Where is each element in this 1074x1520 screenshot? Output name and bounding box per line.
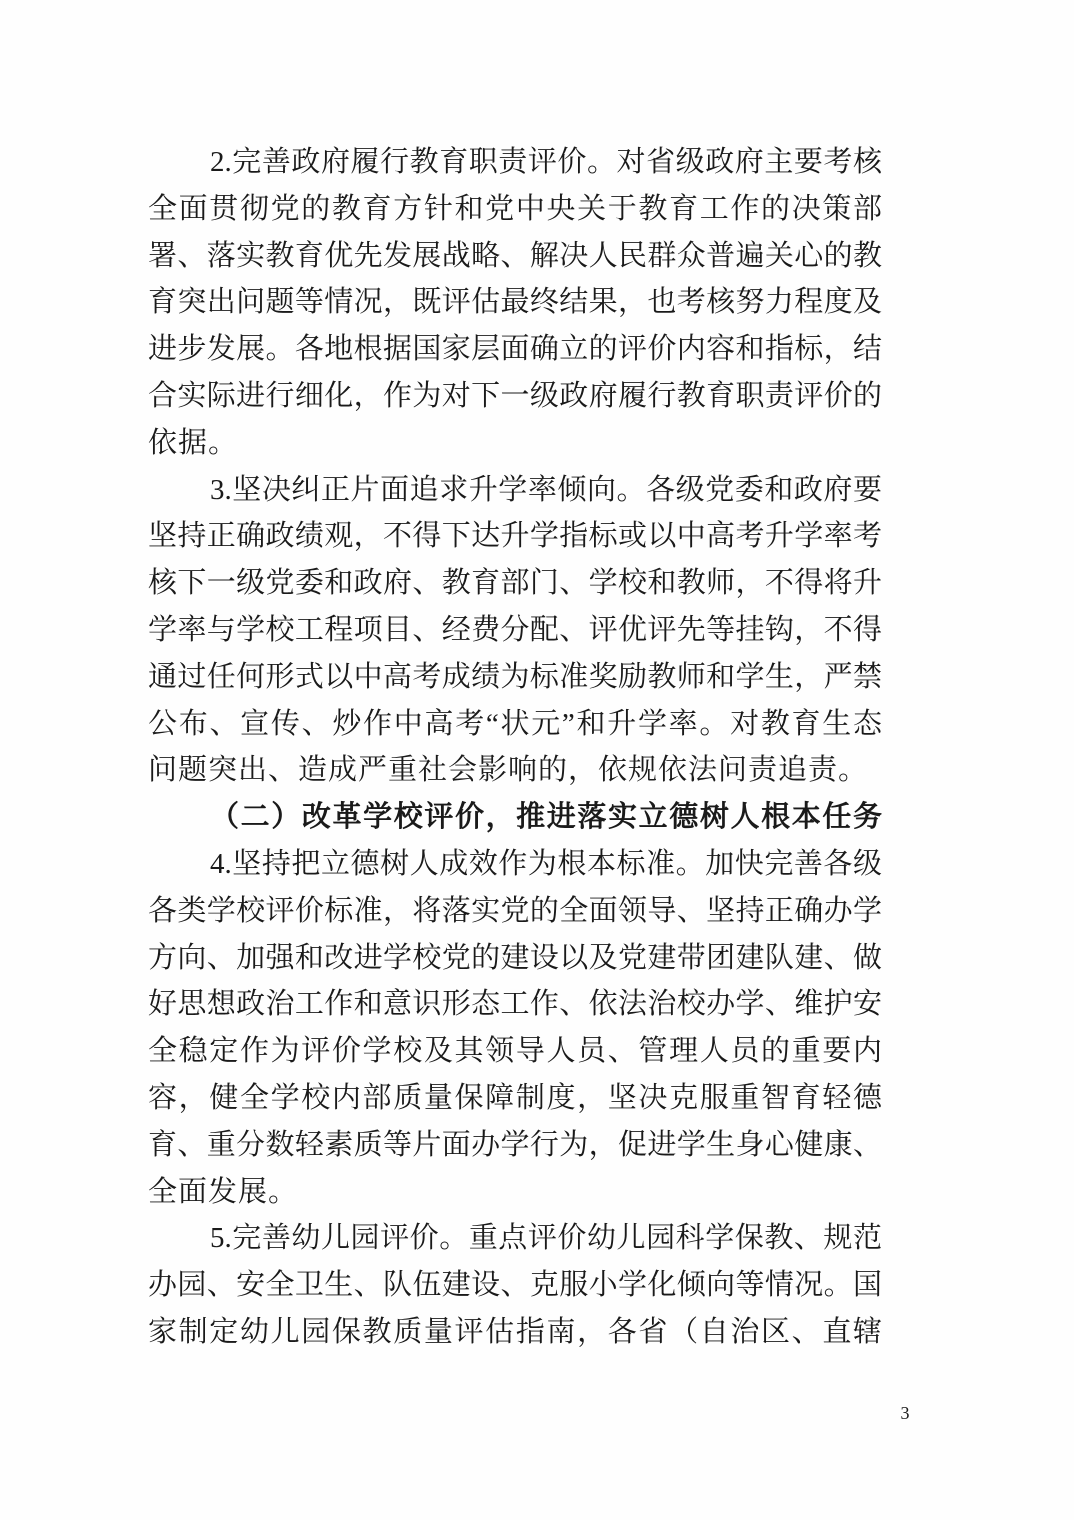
text-line: 育突出问题等情况，既评估最终结果，也考核努力程度及 [148,279,882,326]
paragraph-item-2: 2.完善政府履行教育职责评价。对省级政府主要考核全面贯彻党的教育方针和党中央关于… [148,139,882,467]
text-line: 核下一级党委和政府、教育部门、学校和教师，不得将升 [148,560,882,607]
text-line: 问题突出、造成严重社会影响的，依规依法问责追责。 [148,747,882,794]
paragraph-item-5: 5.完善幼儿园评价。重点评价幼儿园科学保教、规范办园、安全卫生、队伍建设、克服小… [148,1215,882,1355]
section-heading-2: （二）改革学校评价，推进落实立德树人根本任务 [148,794,882,841]
text-line: 通过任何形式以中高考成绩为标准奖励教师和学生，严禁 [148,654,882,701]
page-number: 3 [880,1400,930,1426]
text-line: 依据。 [148,420,882,467]
text-line: 5.完善幼儿园评价。重点评价幼儿园科学保教、规范 [148,1215,882,1262]
paragraph-item-3: 3.坚决纠正片面追求升学率倾向。各级党委和政府要坚持正确政绩观，不得下达升学指标… [148,467,882,795]
document-page: 2.完善政府履行教育职责评价。对省级政府主要考核全面贯彻党的教育方针和党中央关于… [0,0,1074,1520]
text-line: 全面贯彻党的教育方针和党中央关于教育工作的决策部 [148,186,882,233]
text-line: 好思想政治工作和意识形态工作、依法治校办学、维护安 [148,981,882,1028]
text-line: 进步发展。各地根据国家层面确立的评价内容和指标，结 [148,326,882,373]
text-line: 办园、安全卫生、队伍建设、克服小学化倾向等情况。国 [148,1262,882,1309]
text-line: 署、落实教育优先发展战略、解决人民群众普遍关心的教 [148,233,882,280]
text-line: 坚持正确政绩观，不得下达升学指标或以中高考升学率考 [148,513,882,560]
text-line: 全稳定作为评价学校及其领导人员、管理人员的重要内 [148,1028,882,1075]
text-line: （二）改革学校评价，推进落实立德树人根本任务 [148,794,882,841]
text-line: 容，健全学校内部质量保障制度，坚决克服重智育轻德 [148,1075,882,1122]
text-line: 方向、加强和改进学校党的建设以及党建带团建队建、做 [148,935,882,982]
text-line: 合实际进行细化，作为对下一级政府履行教育职责评价的 [148,373,882,420]
text-line: 4.坚持把立德树人成效作为根本标准。加快完善各级 [148,841,882,888]
text-line: 学率与学校工程项目、经费分配、评优评先等挂钩，不得 [148,607,882,654]
document-body: 2.完善政府履行教育职责评价。对省级政府主要考核全面贯彻党的教育方针和党中央关于… [148,139,882,1356]
text-line: 全面发展。 [148,1169,882,1216]
text-line: 育、重分数轻素质等片面办学行为，促进学生身心健康、 [148,1122,882,1169]
text-line: 家制定幼儿园保教质量评估指南，各省（自治区、直辖 [148,1309,882,1356]
text-line: 公布、宣传、炒作中高考“状元”和升学率。对教育生态 [148,701,882,748]
text-line: 2.完善政府履行教育职责评价。对省级政府主要考核 [148,139,882,186]
text-line: 各类学校评价标准，将落实党的全面领导、坚持正确办学 [148,888,882,935]
paragraph-item-4: 4.坚持把立德树人成效作为根本标准。加快完善各级各类学校评价标准，将落实党的全面… [148,841,882,1215]
text-line: 3.坚决纠正片面追求升学率倾向。各级党委和政府要 [148,467,882,514]
